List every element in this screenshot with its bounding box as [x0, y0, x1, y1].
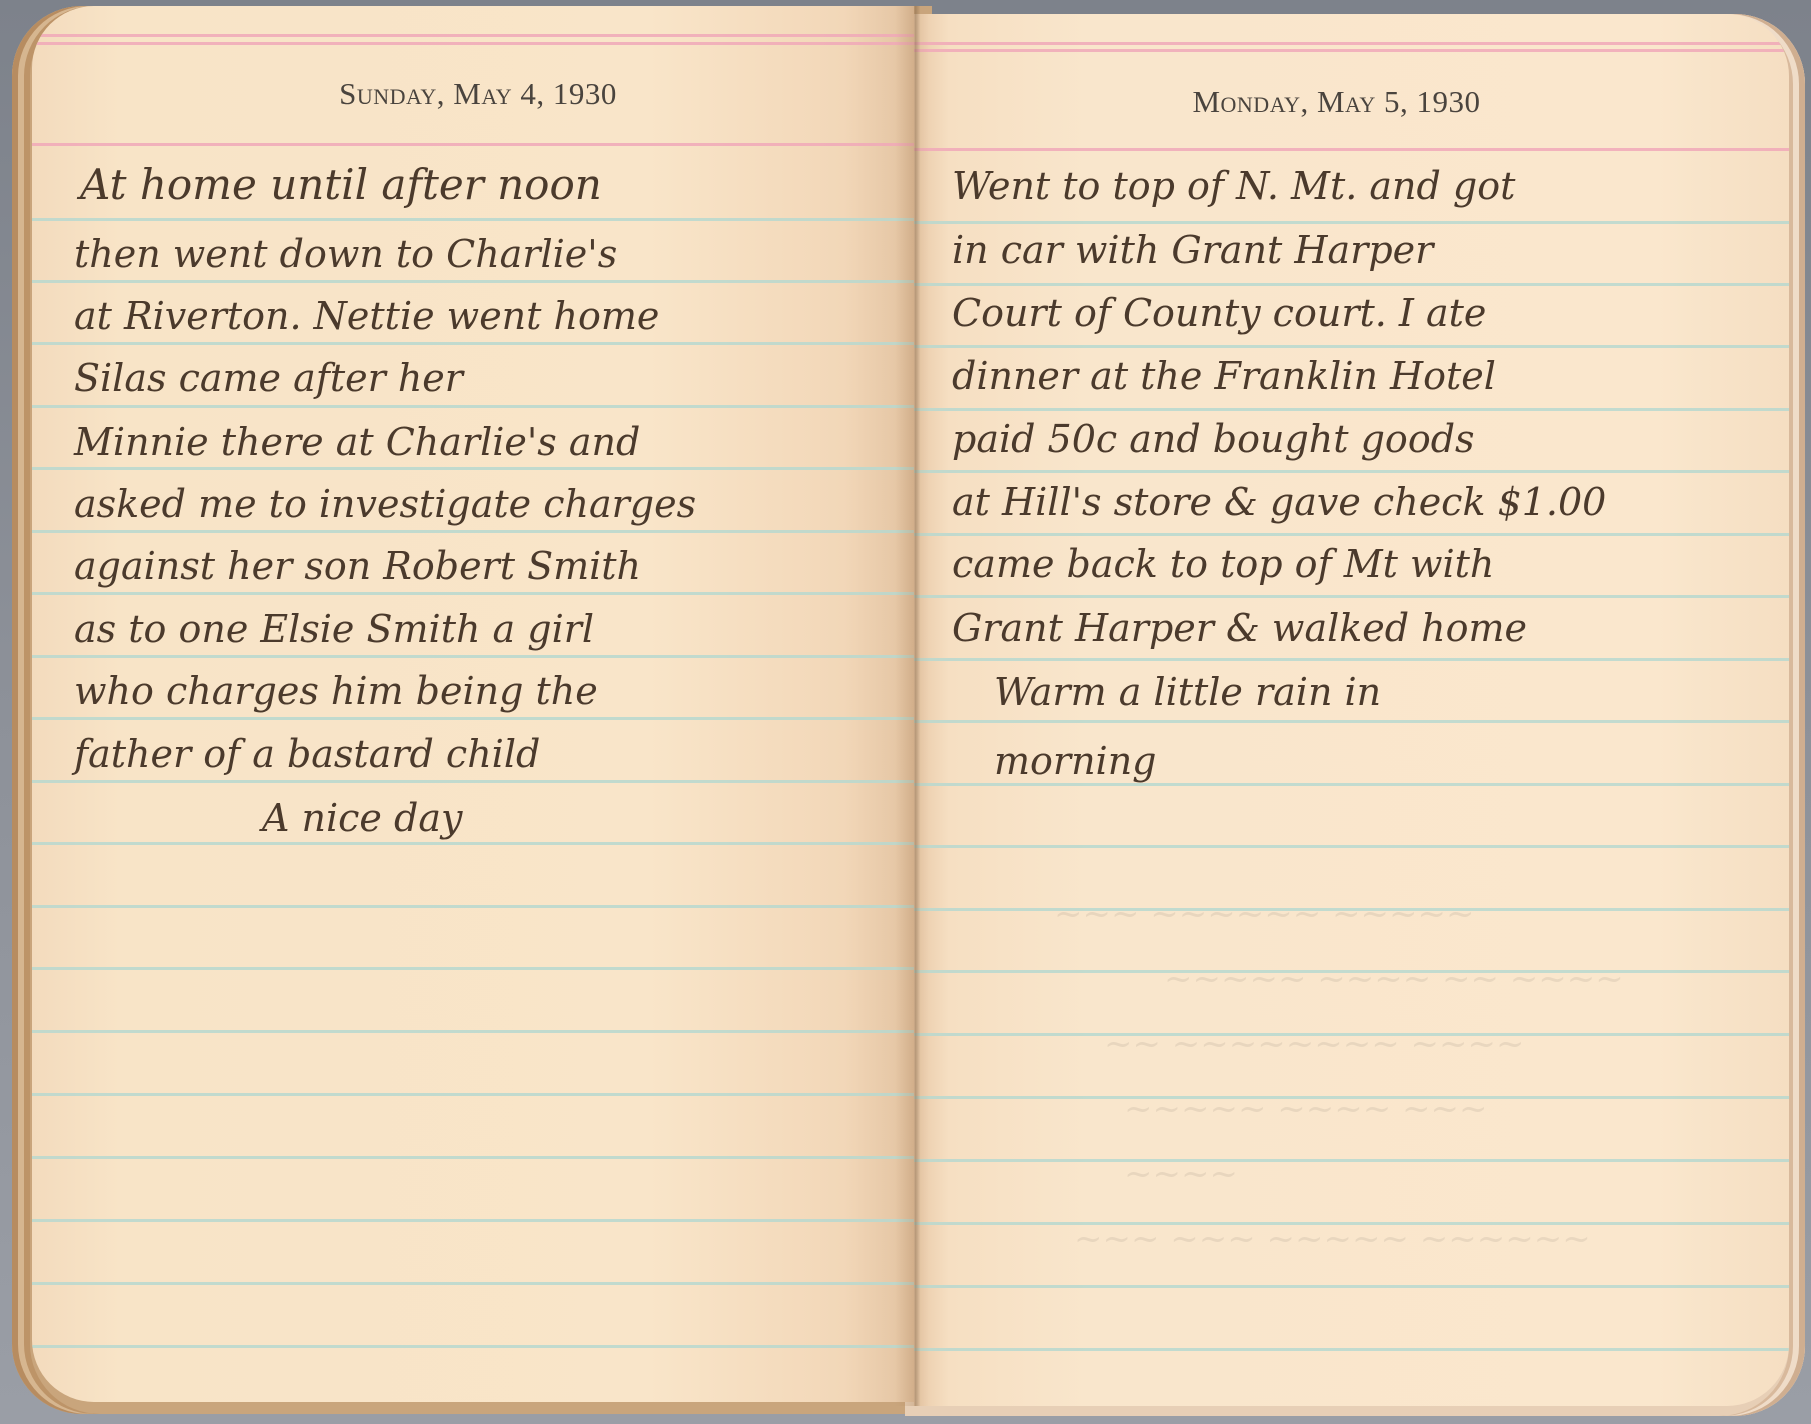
- ruled-line: [32, 280, 914, 283]
- ruled-line: [914, 1285, 1789, 1288]
- date-heading: Monday, May 5, 1930: [914, 84, 1789, 120]
- top-pink-rule: [914, 49, 1789, 52]
- entry-line: then went down to Charlie's: [74, 232, 617, 276]
- ruled-line: [32, 592, 914, 595]
- entry-line: dinner at the Franklin Hotel: [952, 354, 1496, 398]
- ruled-line: [32, 967, 914, 970]
- date-heading: Sunday, May 4, 1930: [32, 76, 914, 112]
- ruled-line: [32, 218, 914, 221]
- entry-line: at Riverton. Nettie went home: [74, 294, 659, 338]
- entry-line: at Hill's store & gave check $1.00: [952, 480, 1606, 524]
- ruled-line: [914, 470, 1789, 473]
- ruled-line: [32, 1282, 914, 1285]
- ruled-line: [914, 345, 1789, 348]
- ruled-line: [914, 783, 1789, 786]
- ruled-line: [914, 221, 1789, 224]
- header-pink-rule: [914, 148, 1789, 151]
- bleed-through-text: ~~ ~~~~~~~~ ~~~~: [1104, 1024, 1524, 1064]
- ruled-line: [32, 342, 914, 345]
- bleed-through-text: ~~~~~ ~~~~ ~~~: [1124, 1089, 1487, 1129]
- right-page: Monday, May 5, 1930 ~~~ ~~~~~~ ~~~~~ ~~~…: [914, 14, 1789, 1406]
- left-page: Sunday, May 4, 1930 At home until after …: [32, 6, 914, 1402]
- ruled-line: [32, 842, 914, 845]
- entry-line: Went to top of N. Mt. and got: [952, 164, 1515, 208]
- entry-line: in car with Grant Harper: [952, 228, 1433, 272]
- ruled-line: [32, 1093, 914, 1096]
- bleed-through-text: ~~~ ~~~~~~ ~~~~~: [1054, 894, 1474, 934]
- diary-spread: Sunday, May 4, 1930 At home until after …: [0, 0, 1811, 1424]
- ruled-line: [32, 1345, 914, 1348]
- entry-line: who charges him being the: [74, 669, 598, 713]
- ruled-line: [32, 467, 914, 470]
- entry-line: paid 50c and bought goods: [952, 417, 1475, 461]
- ruled-line: [914, 533, 1789, 536]
- bleed-through-text: ~~~ ~~~ ~~~~~ ~~~~~~: [1074, 1219, 1591, 1259]
- ruled-line: [32, 1219, 914, 1222]
- ruled-line: [914, 595, 1789, 598]
- top-pink-rule: [32, 34, 914, 37]
- ruled-line: [914, 720, 1789, 723]
- bleed-through-text: ~~~~: [1124, 1154, 1238, 1194]
- ruled-line: [32, 655, 914, 658]
- ruled-line: [914, 408, 1789, 411]
- header-pink-rule: [32, 143, 914, 146]
- entry-line: Court of County court. I ate: [952, 291, 1486, 335]
- entry-line: A nice day: [262, 796, 462, 840]
- entry-line: Grant Harper & walked home: [952, 606, 1527, 650]
- top-pink-rule: [914, 42, 1789, 45]
- ruled-line: [914, 845, 1789, 848]
- entry-line: came back to top of Mt with: [952, 542, 1494, 586]
- entry-line: as to one Elsie Smith a girl: [74, 607, 594, 651]
- ruled-line: [32, 1030, 914, 1033]
- bleed-through-text: ~~~~~ ~~~~ ~~ ~~~~: [1164, 959, 1624, 999]
- entry-line: against her son Robert Smith: [74, 544, 641, 588]
- ruled-line: [32, 405, 914, 408]
- ruled-line: [914, 283, 1789, 286]
- ruled-line: [914, 1348, 1789, 1351]
- ruled-line: [32, 780, 914, 783]
- entry-line: Silas came after her: [74, 356, 463, 400]
- ruled-line: [32, 905, 914, 908]
- entry-line: At home until after noon: [80, 160, 602, 209]
- ruled-line: [914, 1159, 1789, 1162]
- ruled-line: [32, 1156, 914, 1159]
- entry-line: Warm a little rain in: [994, 670, 1381, 714]
- top-pink-rule: [32, 42, 914, 45]
- ruled-line: [32, 530, 914, 533]
- ruled-line: [914, 658, 1789, 661]
- entry-line: Minnie there at Charlie's and: [74, 420, 640, 464]
- entry-line: father of a bastard child: [74, 732, 540, 776]
- entry-line: morning: [994, 739, 1157, 783]
- ruled-line: [32, 717, 914, 720]
- entry-line: asked me to investigate charges: [74, 482, 696, 526]
